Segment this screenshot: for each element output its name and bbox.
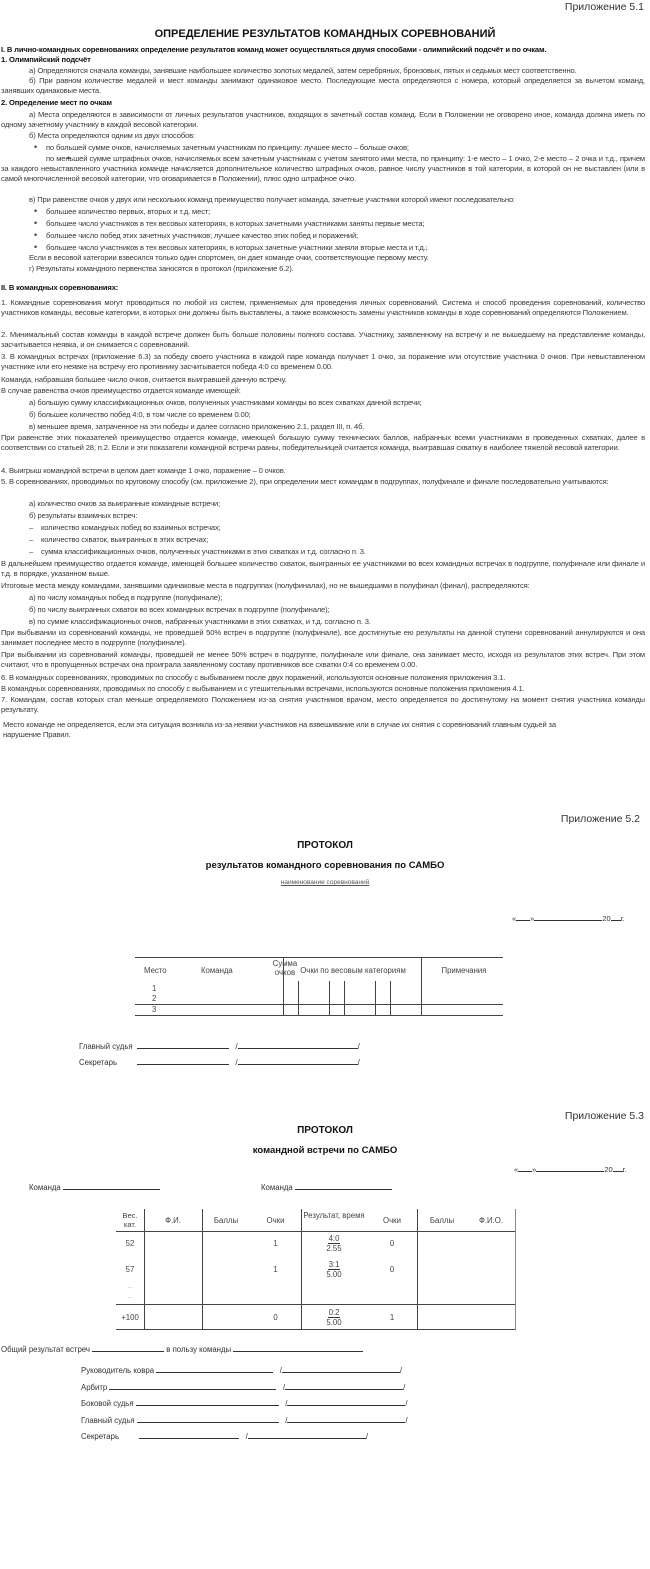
column-header: Место [144,966,167,975]
column-header: Команда [201,966,233,975]
column-header: Результат, время [301,1211,367,1220]
signature-line[interactable]: Секретарь // [79,1056,360,1067]
list-item: б) по числу выигранных схваток во всех к… [1,605,650,615]
match-table: Вес. кат. Ф.И. Баллы Очки Результат, вре… [116,1209,516,1330]
protocol-title: ПРОТОКОЛ [0,1125,650,1136]
subsection-heading: 1. Олимпийский подсчёт [1,55,645,65]
paragraph: а) Определяются сначала команды, занявши… [1,66,650,76]
paragraph: Команда, набравшая большее число очков, … [1,375,645,385]
list-item: большее число побед этих зачетных участн… [1,230,650,241]
list-item: по большей сумме очков, начисляемых заче… [1,142,650,153]
weight-cell: … [116,1284,144,1290]
paragraph: 5. В соревнованиях, проводимых по кругов… [1,477,645,487]
column-header: Ф.И. [144,1216,202,1225]
result-time-cell: 4:02.55 [301,1234,367,1253]
points-left-cell: 1 [250,1265,301,1274]
column-header: Баллы [417,1216,467,1225]
place-cell: 2 [152,994,156,1003]
list-item: а) большую сумму классификационных очков… [1,398,650,408]
overall-result-line[interactable]: Общий результат встреч в пользу команды [1,1343,363,1354]
list-item: в) меньшее время, затраченное на эти поб… [1,422,650,432]
list-item: б) большее количество побед 4:0, в том ч… [1,410,650,420]
list-item: в) по сумме классификационных очков, наб… [1,617,650,627]
paragraph: В случае равенства очков преимущество от… [1,386,645,396]
section-heading: I. В лично-командных соревнованиях опред… [1,45,645,55]
results-table: Место Команда Сумма очков Очки по весовы… [135,957,503,1015]
paragraph: В командных соревнованиях, проводимых по… [1,684,645,694]
paragraph: г) Результаты командного первенства зано… [1,264,650,274]
column-header: Очки [367,1216,417,1225]
subsection-heading: 2. Определение мест по очкам [1,98,645,108]
appendix-label: Приложение 5.3 [565,1110,644,1122]
paragraph: Итоговые места между командами, занявшим… [1,581,645,591]
column-header: Очки по весовым категориям [285,966,421,975]
signature-line[interactable]: Арбитр // [81,1381,405,1392]
points-left-cell: 1 [250,1239,301,1248]
paragraph: Место команде не определяется, если эта … [1,720,563,740]
paragraph: в) При равенстве очков у двух или нескол… [1,195,650,205]
paragraph: В дальнейшем преимущество отдается коман… [1,559,645,579]
paragraph: При выбывании из соревнований команды, н… [1,628,645,648]
signature-line[interactable]: Главный судья // [81,1414,408,1425]
paragraph: 7. Командам, состав которых стал меньше … [1,695,645,715]
place-cell: 3 [152,1005,156,1014]
appendix-label: Приложение 5.1 [565,1,644,13]
place-cell: 1 [152,984,156,993]
protocol-subtitle: результатов командного соревнования по С… [0,860,650,871]
list-item: большее количество первых, вторых и т.д.… [1,206,650,217]
date-field[interactable]: «»20г. [514,1163,627,1174]
column-header: Баллы [202,1216,250,1225]
points-right-cell: 0 [367,1239,417,1248]
result-time-cell: 3:15.00 [301,1260,367,1279]
paragraph: а) Места определяются в зависимости от л… [1,110,645,130]
result-time: 2.55 [301,1244,367,1253]
result-score: 4:0 [328,1234,341,1244]
list-item: б) результаты взаимных встреч: [1,511,650,521]
points-right-cell: 0 [367,1265,417,1274]
signature-line[interactable]: Руководитель ковра // [81,1364,402,1375]
list-item: количество схваток, выигранных в этих вс… [1,535,650,545]
paragraph: Если в весовой категории взвесился тольк… [1,253,650,263]
paragraph: 2. Минимальный состав команды в каждой в… [1,330,645,350]
weight-cell: … [116,1294,144,1300]
result-time: 5.00 [301,1270,367,1279]
competition-name-caption: наименование соревнований [0,879,650,886]
column-header: Очки [250,1216,301,1225]
points-right-cell: 1 [367,1313,417,1322]
paragraph: При равенстве этих показателей преимущес… [1,433,645,453]
signature-role: Главный судья [81,1416,135,1425]
list-item: большее число участников в тех весовых к… [1,218,650,229]
signature-role: Руководитель ковра [81,1366,154,1375]
list-item: большее число участников в тех весовых к… [1,242,650,253]
column-header: Ф.И.О. [467,1216,515,1225]
signature-role: Боковой судья [81,1399,134,1408]
paragraph: 3. В командных встречах (приложение 6.3)… [1,352,645,372]
weight-cell: 57 [116,1265,144,1274]
result-score: 0:2 [328,1308,341,1318]
date-field[interactable]: «»20г. [512,912,625,923]
paragraph: 6. В командных соревнованиях, проводимых… [1,673,645,683]
team-field-right[interactable]: Команда [261,1181,392,1192]
list-item: а) количество очков за выигранные команд… [1,499,650,509]
appendix-label: Приложение 5.2 [561,813,640,825]
paragraph: При выбывании из соревнований команды, п… [1,650,645,670]
points-left-cell: 0 [250,1313,301,1322]
weight-cell: +100 [116,1313,144,1322]
paragraph: б) При равном количестве медалей и мест … [1,76,645,96]
section-heading: II. В командных соревнованиях: [1,283,645,293]
signature-role: Арбитр [81,1383,107,1392]
list-item: количество командных побед во взаимных в… [1,523,650,533]
result-score: 3:1 [328,1260,341,1270]
list-item: по меньшей сумме штрафных очков, начисля… [1,153,645,184]
paragraph: б) Места определяются одним из двух спос… [1,131,650,141]
list-item: сумма классификационных очков, полученны… [1,547,650,557]
signature-line[interactable]: Боковой судья // [81,1397,408,1408]
protocol-title: ПРОТОКОЛ [0,840,650,851]
result-time: 5.00 [301,1318,367,1327]
column-header: Вес. кат. [116,1211,144,1229]
paragraph: 1. Командные соревнования могут проводит… [1,298,645,318]
paragraph: 4. Выигрыш командной встречи в целом дае… [1,466,645,476]
page-title: ОПРЕДЕЛЕНИЕ РЕЗУЛЬТАТОВ КОМАНДНЫХ СОРЕВН… [0,28,650,40]
protocol-subtitle: командной встречи по САМБО [0,1145,650,1156]
team-field-left[interactable]: Команда [29,1181,160,1192]
signature-role: Секретарь [81,1432,137,1441]
result-time-cell: 0:25.00 [301,1308,367,1327]
signature-line[interactable]: Главный судья // [79,1040,360,1051]
column-header: Примечания [425,966,503,975]
weight-cell: 52 [116,1239,144,1248]
signature-line[interactable]: Секретарь // [81,1430,368,1441]
list-item: а) по числу командных побед в подгруппе … [1,593,650,603]
